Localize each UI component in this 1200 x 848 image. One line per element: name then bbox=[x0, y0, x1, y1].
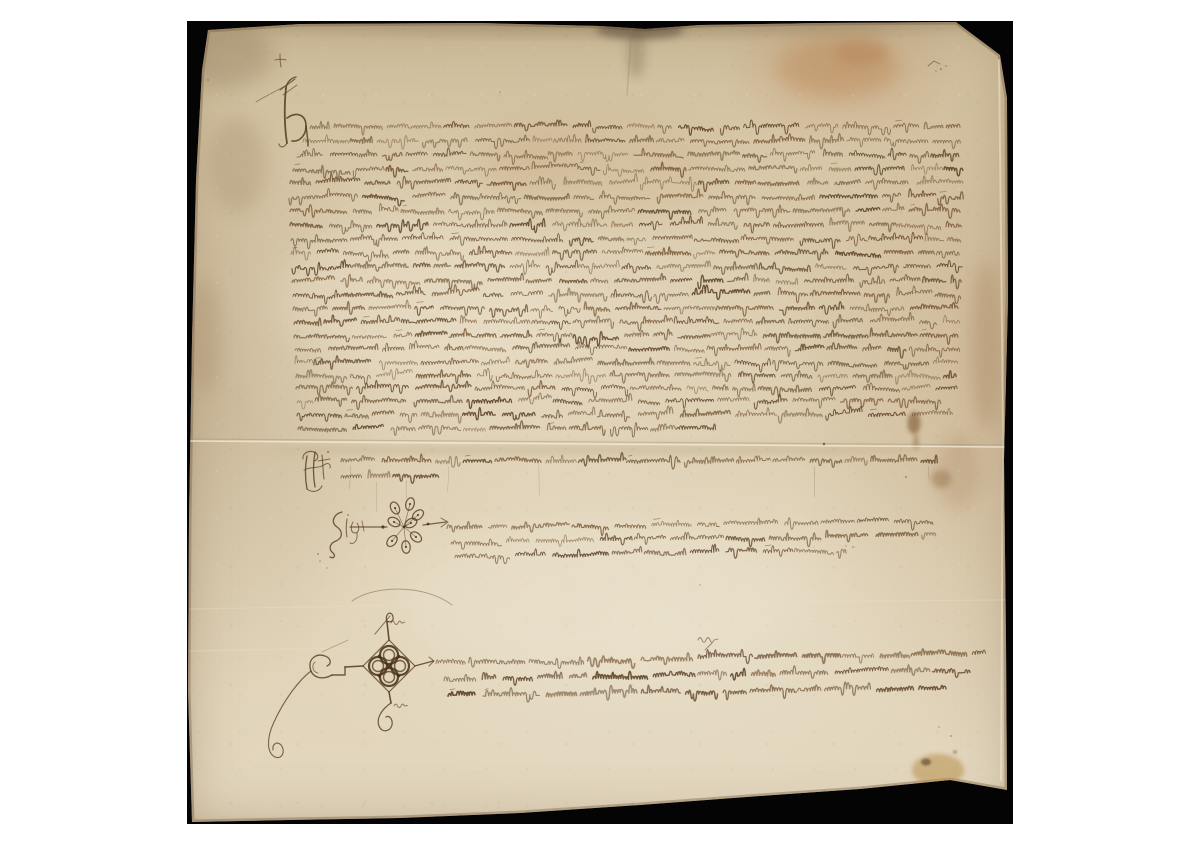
photo-black-background bbox=[187, 21, 1013, 824]
parchment-document bbox=[187, 21, 1013, 824]
